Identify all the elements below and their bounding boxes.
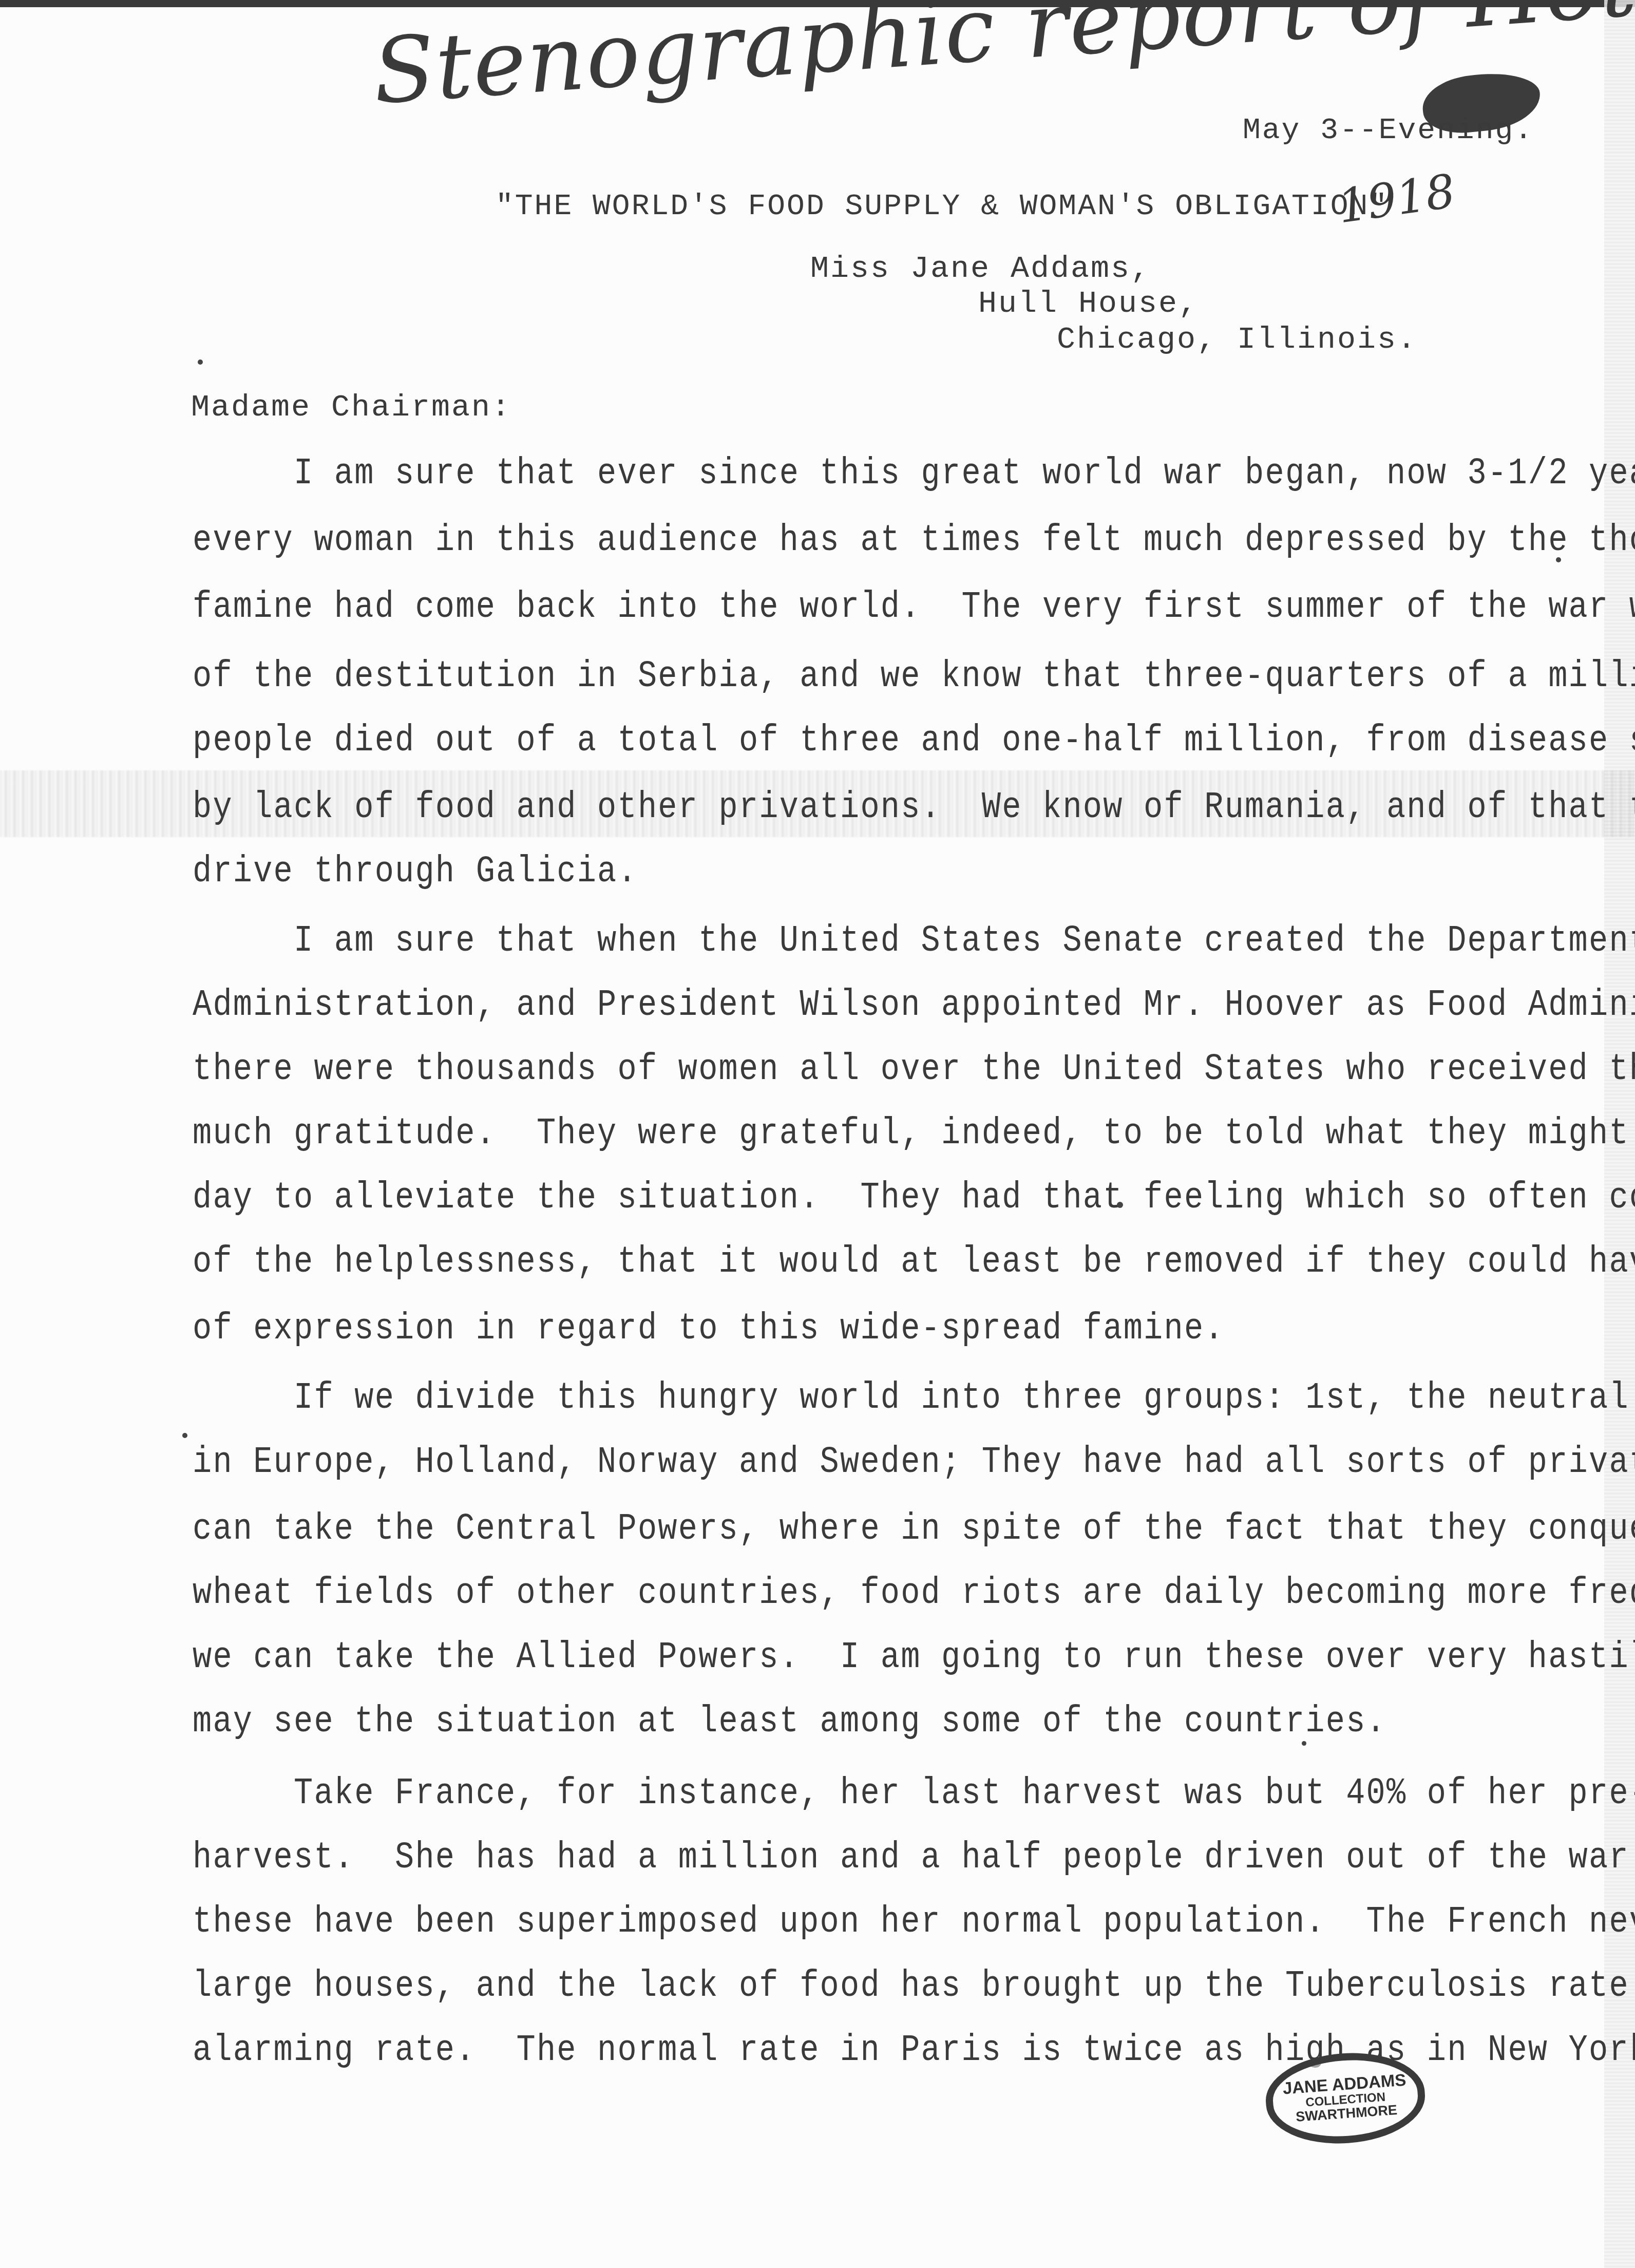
speech-line: alarming rate. The normal rate in Paris … <box>193 2029 1635 2072</box>
speech-line: I am sure that ever since this great wor… <box>193 452 1635 495</box>
scan-speck <box>1302 1741 1306 1746</box>
speech-line: of expression in regard to this wide-spr… <box>193 1307 1225 1350</box>
document-title: "THE WORLD'S FOOD SUPPLY & WOMAN'S OBLIG… <box>496 190 1389 223</box>
speech-line: I am sure that when the United States Se… <box>193 919 1635 962</box>
speech-line: of the destitution in Serbia, and we kno… <box>193 655 1635 698</box>
speech-line: of the helplessness, that it would at le… <box>193 1240 1635 1283</box>
speech-line: these have been superimposed upon her no… <box>193 1900 1635 1943</box>
speech-line: much gratitude. They were grateful, inde… <box>193 1112 1635 1155</box>
salutation: Madame Chairman: <box>191 390 511 425</box>
date-line: May 3--Evening. <box>1243 114 1534 147</box>
speech-line: people died out of a total of three and … <box>193 719 1635 762</box>
speech-line: Take France, for instance, her last harv… <box>193 1772 1635 1815</box>
speech-line: day to alleviate the situation. They had… <box>193 1176 1635 1219</box>
speech-line: every woman in this audience has at time… <box>193 519 1635 562</box>
speech-line: in Europe, Holland, Norway and Sweden; T… <box>193 1441 1635 1484</box>
scan-speck <box>1556 557 1561 562</box>
speech-line: wheat fields of other countries, food ri… <box>193 1572 1635 1615</box>
speech-line: can take the Central Powers, where in sp… <box>193 1507 1635 1551</box>
speech-line: may see the situation at least among som… <box>193 1700 1386 1743</box>
speaker-name: Miss Jane Addams, <box>810 252 1151 287</box>
scan-speck <box>1117 1202 1123 1208</box>
scan-speck <box>182 1433 187 1438</box>
speech-line: Administration, and President Wilson app… <box>193 984 1635 1027</box>
speech-line: we can take the Allied Powers. I am goin… <box>193 1636 1635 1679</box>
speaker-city: Chicago, Illinois. <box>1057 323 1417 357</box>
speech-line: If we divide this hungry world into thre… <box>193 1376 1635 1420</box>
speech-line: famine had come back into the world. The… <box>193 585 1635 629</box>
speech-line: there were thousands of women all over t… <box>193 1048 1635 1091</box>
scan-speck <box>198 360 203 365</box>
speech-line: by lack of food and other privations. We… <box>193 786 1635 829</box>
speaker-org: Hull House, <box>978 287 1199 322</box>
speech-line: harvest. She has had a million and a hal… <box>193 1836 1635 1879</box>
speech-line: large houses, and the lack of food has b… <box>193 1964 1635 2008</box>
speech-line: drive through Galicia. <box>193 850 638 893</box>
